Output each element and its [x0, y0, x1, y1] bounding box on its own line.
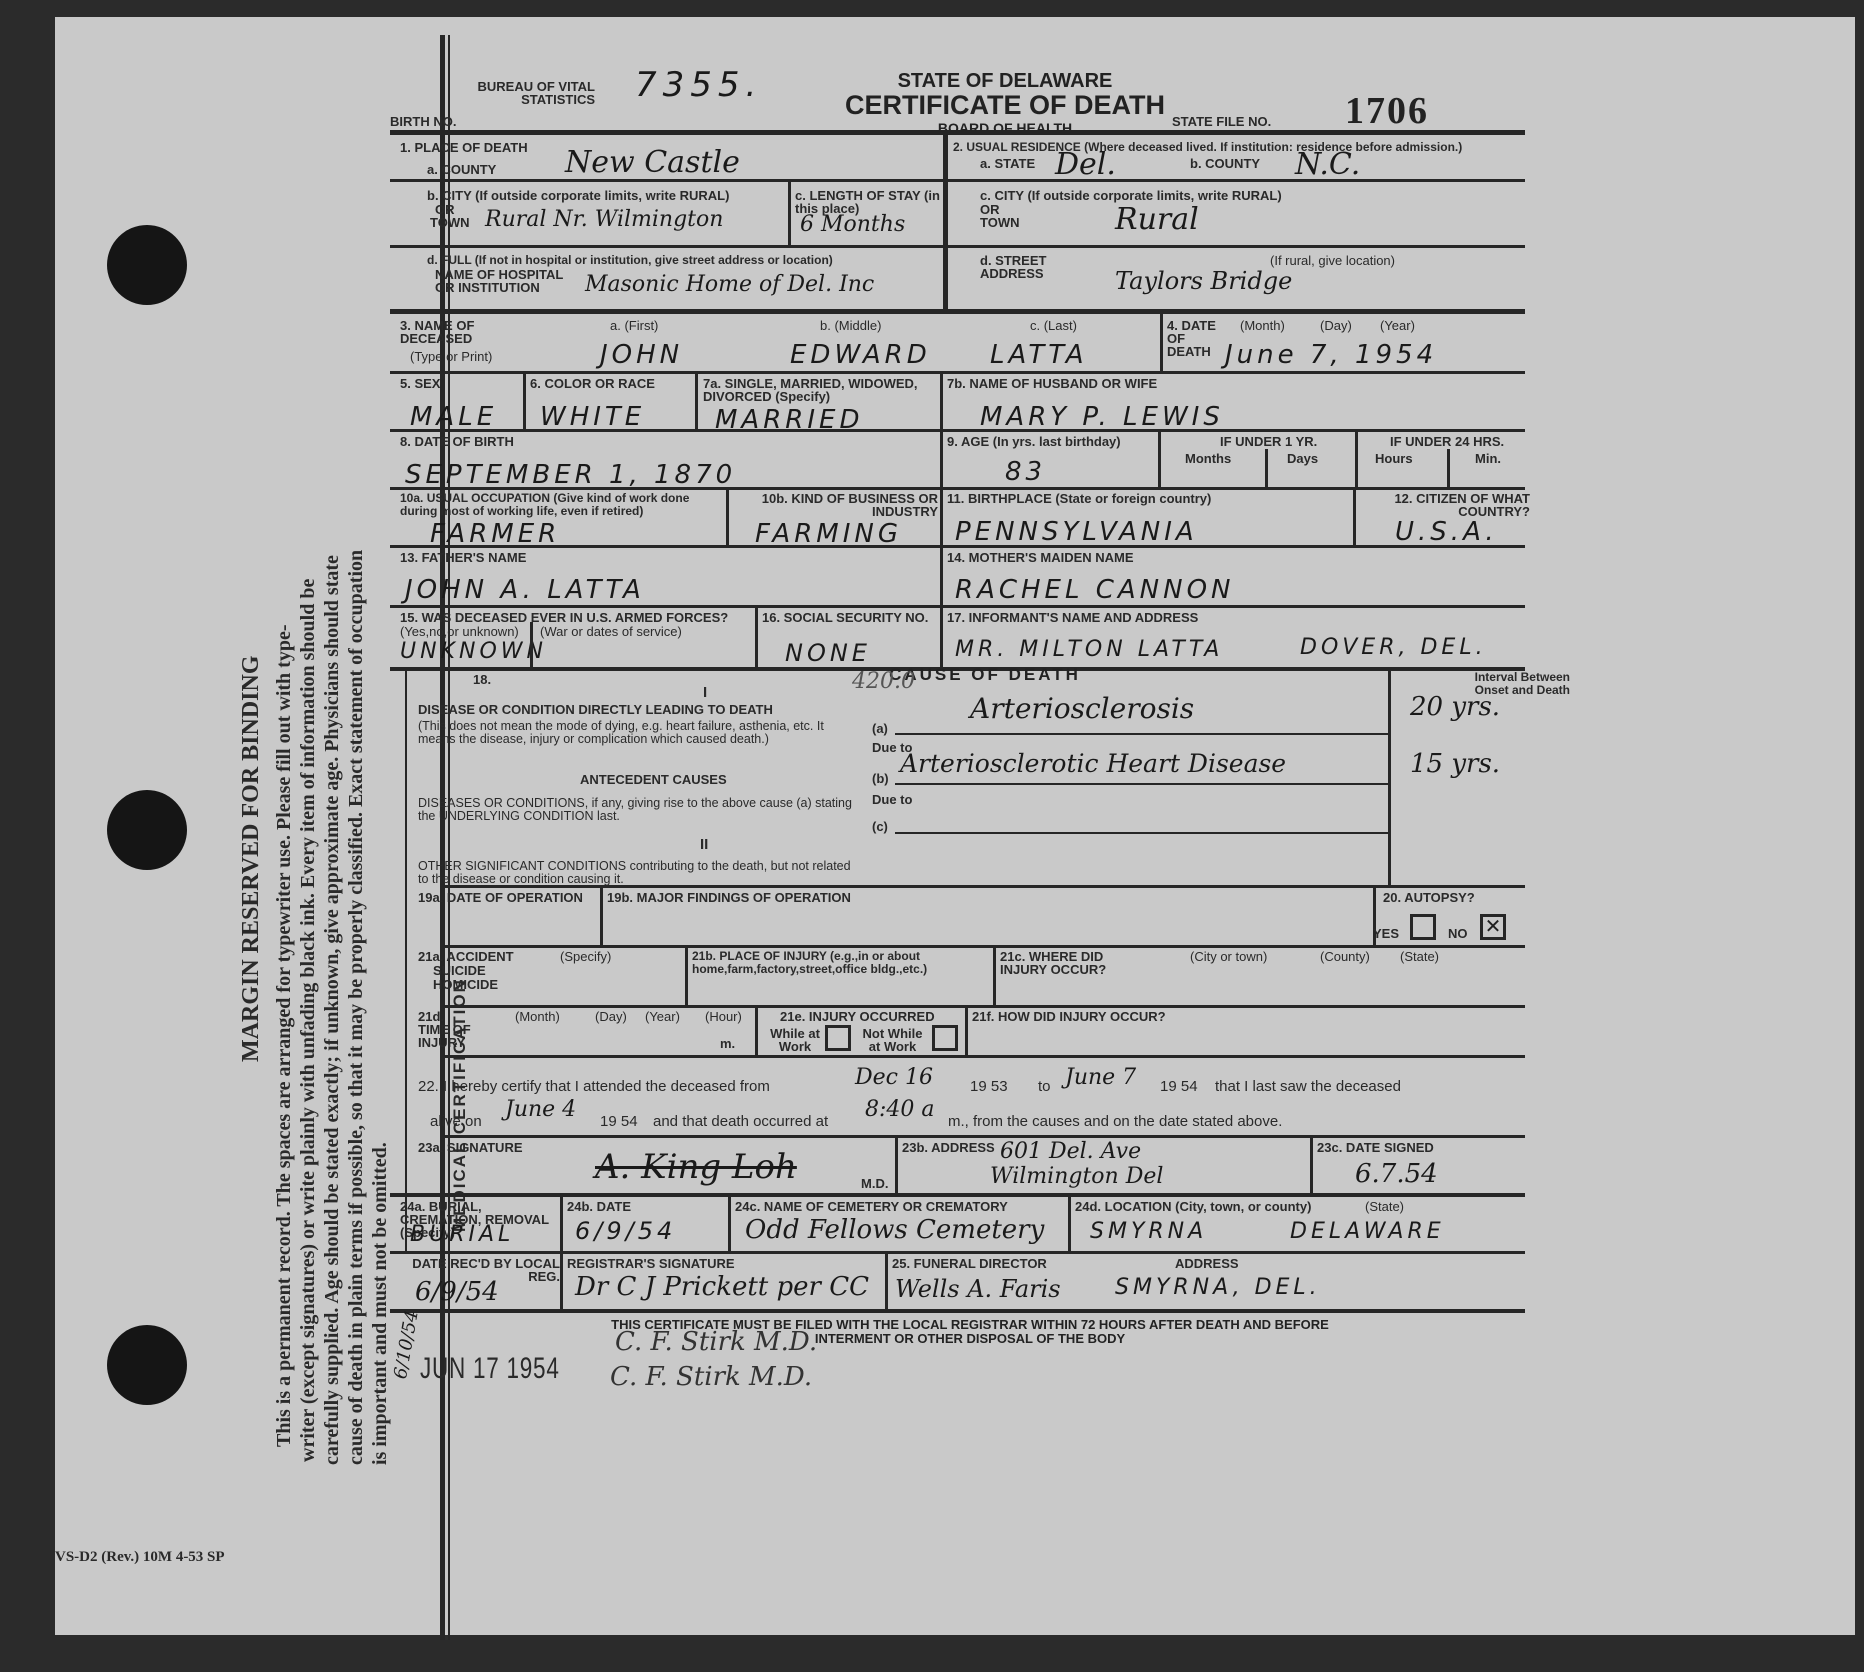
- city-hint: (City or town): [1190, 950, 1267, 963]
- county-label: a. COUNTY: [427, 163, 496, 176]
- dod-day-label: (Day): [1320, 319, 1352, 332]
- last-seen-date: June 4: [505, 1097, 576, 1122]
- name-label: 3. NAME OF DECEASED: [400, 319, 480, 345]
- residence-state-value: Del.: [1055, 147, 1116, 182]
- while-at-work-label: While at Work: [765, 1027, 825, 1053]
- burial-type-value: BURIAL: [410, 1222, 514, 1247]
- burial-state-hint: (State): [1365, 1200, 1404, 1213]
- rule: [390, 1309, 1525, 1313]
- cause-a-interval: 20 yrs.: [1410, 692, 1500, 722]
- cemetery-label: 24c. NAME OF CEMETERY OR CREMATORY: [735, 1200, 1008, 1213]
- rule: [1447, 449, 1450, 487]
- dod-year-label: (Year): [1380, 319, 1415, 332]
- margin-instructions-1: This is a permanent record. The spaces a…: [273, 625, 296, 1448]
- residence-label: 2. USUAL RESIDENCE (Where deceased lived…: [953, 141, 1462, 154]
- cause-code: 420.0: [852, 669, 915, 694]
- dod-value: June 7, 1954: [1225, 340, 1437, 370]
- state-file-number: 1706: [1345, 89, 1429, 133]
- while-at-work-checkbox[interactable]: [825, 1025, 851, 1051]
- rule: [390, 179, 1525, 182]
- bureau-label: BUREAU OF VITAL STATISTICS: [465, 80, 595, 106]
- death-county-value: New Castle: [565, 145, 740, 180]
- burial-location-state: DELAWARE: [1290, 1219, 1445, 1244]
- burial-location-city: SMYRNA: [1090, 1219, 1207, 1244]
- rule: [726, 487, 729, 545]
- attended-from: Dec 16: [855, 1065, 933, 1090]
- rule: [1265, 449, 1268, 487]
- binding-hole-middle: [107, 790, 187, 870]
- spouse-value: MARY P. LEWIS: [980, 402, 1224, 432]
- min-label: Min.: [1475, 452, 1501, 465]
- physician-address-1: 601 Del. Ave: [1000, 1139, 1141, 1164]
- bureau-number: 7355.: [635, 65, 762, 105]
- operation-findings-label: 19b. MAJOR FINDINGS OF OPERATION: [607, 891, 851, 904]
- header-rule: [390, 130, 1525, 135]
- rule: [728, 1193, 731, 1251]
- meridiem-label: m.: [720, 1037, 735, 1050]
- medical-section-rule: [405, 667, 407, 1253]
- binding-hole-top: [107, 225, 187, 305]
- rule: [560, 1251, 563, 1309]
- homicide-label: HOMICIDE: [433, 978, 498, 991]
- rule: [685, 945, 688, 1005]
- operation-date-label: 19a. DATE OF OPERATION: [418, 891, 583, 904]
- ssn-value: NONE: [785, 639, 871, 667]
- date-signed-label: 23c. DATE SIGNED: [1317, 1141, 1434, 1154]
- cause-item-no: 18.: [473, 673, 491, 686]
- state-registrar-signature-1: C. F. Stirk M.D.: [615, 1327, 817, 1357]
- death-city-value: Rural Nr. Wilmington: [485, 207, 723, 232]
- attended-from-year: 19 53: [970, 1080, 1008, 1093]
- registrar-signature-label: REGISTRAR'S SIGNATURE: [567, 1257, 735, 1270]
- hospital-label: d. FULL (If not in hospital or instituti…: [427, 254, 833, 267]
- injury-occurred-label: 21e. INJURY OCCURRED: [780, 1010, 935, 1023]
- autopsy-no-label: NO: [1448, 927, 1468, 940]
- injury-type-label: 21a. ACCIDENT: [418, 950, 514, 963]
- rule: [440, 1005, 1525, 1008]
- rule: [695, 371, 698, 429]
- informant-label: 17. INFORMANT'S NAME AND ADDRESS: [947, 611, 1198, 624]
- rule: [530, 622, 533, 667]
- margin-instructions-4: cause of death in plain terms if possibl…: [345, 550, 368, 1465]
- rule: [440, 1135, 1525, 1138]
- rule: [1160, 313, 1163, 371]
- direct-cause-label: DISEASE OR CONDITION DIRECTLY LEADING TO…: [418, 703, 773, 716]
- town-label: TOWN: [430, 216, 469, 229]
- injury-time-label: 21d. TIME OF INJURY: [418, 1010, 478, 1049]
- death-time: 8:40 a: [865, 1097, 935, 1122]
- burial-date-value: 6/9/54: [575, 1217, 676, 1245]
- direct-cause-hint: (This does not mean the mode of dying, e…: [418, 720, 858, 746]
- cemetery-value: Odd Fellows Cemetery: [745, 1215, 1044, 1245]
- rule: [1068, 1193, 1071, 1251]
- margin-instructions-3: carefully supplied. Age should be stated…: [321, 555, 344, 1465]
- residence-city-value: Rural: [1115, 202, 1199, 237]
- armed-forces-label: 15. WAS DECEASED EVER IN U.S. ARMED FORC…: [400, 611, 728, 624]
- last-name-value: LATTA: [990, 340, 1088, 370]
- first-name-value: JOHN: [600, 340, 683, 370]
- dod-month-label: (Month): [1240, 319, 1285, 332]
- physician-address-2: Wilmington Del: [990, 1164, 1163, 1189]
- under-24hrs-label: IF UNDER 24 HRS.: [1390, 435, 1504, 448]
- informant-value: MR. MILTON LATTA: [955, 637, 1223, 662]
- street-value: Taylors Bridge: [1115, 267, 1292, 295]
- hours-label: Hours: [1375, 452, 1413, 465]
- marital-label: 7a. SINGLE, MARRIED, WIDOWED, DIVORCED (…: [703, 377, 943, 403]
- age-label: 9. AGE (In yrs. last birthday): [947, 435, 1121, 448]
- middle-name-value: EDWARD: [790, 340, 931, 370]
- rule: [523, 371, 526, 429]
- dob-value: SEPTEMBER 1, 1870: [405, 460, 736, 490]
- autopsy-label: 20. AUTOPSY?: [1383, 891, 1475, 904]
- month-hint: (Month): [515, 1010, 560, 1023]
- mother-label: 14. MOTHER'S MAIDEN NAME: [947, 551, 1134, 564]
- hour-hint: (Hour): [705, 1010, 742, 1023]
- burial-date-label: 24b. DATE: [567, 1200, 631, 1213]
- rule: [1353, 487, 1356, 545]
- town-label: TOWN: [980, 216, 1019, 229]
- rule: [390, 245, 1525, 248]
- funeral-director-label: 25. FUNERAL DIRECTOR: [892, 1257, 1047, 1270]
- birthplace-label: 11. BIRTHPLACE (State or foreign country…: [947, 492, 1211, 505]
- rule: [895, 1135, 898, 1193]
- middle-name-label: b. (Middle): [820, 319, 881, 332]
- antecedent-hint: DISEASES OR CONDITIONS, if any, giving r…: [418, 797, 858, 823]
- rule: [440, 945, 1525, 948]
- cause-b-value: Arteriosclerotic Heart Disease: [900, 749, 1286, 778]
- street-label: d. STREET ADDRESS: [980, 254, 1080, 280]
- autopsy-yes-label: YES: [1373, 927, 1399, 940]
- certify-text-2: that I last saw the deceased: [1215, 1080, 1401, 1093]
- place-of-death-label: 1. PLACE OF DEATH: [400, 141, 528, 154]
- rule: [390, 605, 1525, 608]
- certify-text-3: m., from the causes and on the date stat…: [948, 1115, 1282, 1128]
- suicide-label: SUICIDE: [433, 964, 486, 977]
- date-received-value: 6/9/54: [415, 1277, 499, 1307]
- interval-divider: [1388, 667, 1391, 885]
- birth-no-label: BIRTH NO.: [390, 115, 456, 128]
- to-word: to: [1038, 1080, 1051, 1093]
- rule: [390, 309, 1525, 314]
- rule: [600, 885, 603, 945]
- cause-c-line: [895, 832, 1388, 834]
- not-while-at-work-label: Not While at Work: [855, 1027, 930, 1053]
- other-conditions-label: OTHER SIGNIFICANT CONDITIONS contributin…: [418, 860, 858, 886]
- father-value: JOHN A. LATTA: [405, 575, 645, 605]
- certificate-page: MARGIN RESERVED FOR BINDING This is a pe…: [55, 17, 1855, 1635]
- armed-forces-value: UNKNOWN: [400, 639, 547, 664]
- certificate-title: CERTIFICATE OF DEATH: [795, 90, 1215, 121]
- death-occurred-text: and that death occurred at: [653, 1115, 828, 1128]
- cause-c-label: (c): [872, 820, 888, 833]
- sex-value: MALE: [410, 402, 497, 432]
- days-label: Days: [1287, 452, 1318, 465]
- dod-label: 4. DATE OF DEATH: [1167, 319, 1227, 358]
- day-hint: (Day): [595, 1010, 627, 1023]
- due-to-label: Due to: [872, 793, 912, 806]
- rule: [390, 371, 1525, 374]
- cause-a-line: [895, 733, 1388, 735]
- residence-city-label: c. CITY (If outside corporate limits, wr…: [980, 189, 1282, 202]
- name-hint: (Type or Print): [410, 350, 492, 363]
- first-name-label: a. (First): [610, 319, 658, 332]
- state-registrar-signature-2: C. F. Stirk M.D.: [610, 1362, 812, 1392]
- race-value: WHITE: [540, 402, 645, 432]
- funeral-director-value: Wells A. Faris: [895, 1275, 1061, 1303]
- birthplace-value: PENNSYLVANIA: [955, 517, 1198, 547]
- rule: [440, 1055, 1525, 1058]
- cause-b-line: [895, 783, 1388, 785]
- binding-margin-label: MARGIN RESERVED FOR BINDING: [238, 655, 265, 1062]
- rule: [788, 179, 791, 245]
- informant-address: DOVER, DEL.: [1300, 635, 1487, 660]
- ssn-label: 16. SOCIAL SECURITY NO.: [762, 611, 932, 624]
- cause-a-label: (a): [872, 722, 888, 735]
- part-two-marker: II: [700, 837, 708, 852]
- specify-hint: (Specify): [560, 950, 611, 963]
- age-value: 83: [1005, 457, 1046, 487]
- rule: [965, 1005, 968, 1055]
- part-one-marker: I: [703, 685, 707, 700]
- armed-hint-1: (Yes,no,or unknown): [400, 625, 519, 638]
- injury-where-label: 21c. WHERE DID INJURY OCCUR?: [1000, 950, 1110, 976]
- attended-to-year: 19 54: [1160, 1080, 1198, 1093]
- year-hint: (Year): [645, 1010, 680, 1023]
- md-label: M.D.: [861, 1177, 888, 1190]
- binding-hole-bottom: [107, 1325, 187, 1405]
- signature-label: 23a. SIGNATURE: [418, 1141, 523, 1154]
- hospital-label-2: NAME OF HOSPITAL OR INSTITUTION: [435, 268, 575, 294]
- street-hint: (If rural, give location): [1270, 254, 1395, 267]
- under-1yr-label: IF UNDER 1 YR.: [1220, 435, 1317, 448]
- not-while-at-work-checkbox[interactable]: [932, 1025, 958, 1051]
- rule: [885, 1251, 888, 1309]
- armed-hint-2: (War or dates of service): [540, 625, 682, 638]
- last-seen-year: 19 54: [600, 1115, 638, 1128]
- rule: [1310, 1135, 1313, 1193]
- cause-b-label: (b): [872, 772, 889, 785]
- physician-address-label: 23b. ADDRESS: [902, 1141, 995, 1154]
- margin-instructions-2: writer (except signatures) or write plai…: [297, 579, 320, 1462]
- certify-text-1: 22. I hereby certify that I attended the…: [418, 1080, 770, 1093]
- burial-location-label: 24d. LOCATION (City, town, or county): [1075, 1200, 1311, 1213]
- dob-label: 8. DATE OF BIRTH: [400, 435, 514, 448]
- alive-on-label: alive on: [430, 1115, 482, 1128]
- cause-a-value: Arteriosclerosis: [970, 692, 1194, 725]
- citizen-value: U.S.A.: [1395, 517, 1498, 547]
- residence-state-label: a. STATE: [980, 157, 1035, 170]
- rule: [560, 1193, 563, 1251]
- margin-instructions-5: is important and must not be omitted.: [369, 1142, 392, 1465]
- injury-how-label: 21f. HOW DID INJURY OCCUR?: [972, 1010, 1166, 1023]
- funeral-address-label: ADDRESS: [1175, 1257, 1239, 1270]
- rule: [993, 945, 996, 1005]
- last-name-label: c. (Last): [1030, 319, 1077, 332]
- rule: [940, 605, 943, 667]
- injury-place-label: 21b. PLACE OF INJURY (e.g.,in or about h…: [692, 950, 992, 976]
- spouse-label: 7b. NAME OF HUSBAND OR WIFE: [947, 377, 1157, 390]
- received-stamp: JUN 17 1954: [420, 1352, 560, 1386]
- death-city-label: b. CITY (If outside corporate limits, wr…: [427, 189, 729, 202]
- antecedent-label: ANTECEDENT CAUSES: [580, 773, 727, 786]
- months-label: Months: [1185, 452, 1231, 465]
- autopsy-no-checkbox[interactable]: ✕: [1480, 914, 1506, 940]
- father-label: 13. FATHER'S NAME: [400, 551, 526, 564]
- section-divider: [943, 135, 948, 313]
- occupation-label: 10a. USUAL OCCUPATION (Give kind of work…: [400, 492, 730, 518]
- rule: [390, 545, 1525, 548]
- sex-label: 5. SEX: [400, 377, 440, 390]
- handwritten-date: 6/10/54: [390, 1309, 423, 1381]
- rule: [755, 605, 758, 667]
- registrar-signature: Dr C J Prickett per CC: [575, 1272, 869, 1302]
- attended-to: June 7: [1065, 1065, 1136, 1090]
- rule: [755, 1005, 758, 1055]
- citizen-label: 12. CITIZEN OF WHAT COUNTRY?: [1360, 492, 1530, 518]
- date-signed-value: 6.7.54: [1355, 1159, 1438, 1189]
- state-hint: (State): [1400, 950, 1439, 963]
- cause-b-interval: 15 yrs.: [1410, 749, 1500, 779]
- county-hint: (County): [1320, 950, 1370, 963]
- residence-county-value: N.C.: [1295, 147, 1360, 182]
- rule: [1158, 429, 1161, 487]
- hospital-value: Masonic Home of Del. Inc: [585, 272, 874, 297]
- form-code: VS-D2 (Rev.) 10M 4-53 SP: [55, 1550, 225, 1565]
- funeral-address-value: SMYRNA, DEL.: [1115, 1275, 1321, 1300]
- stay-value: 6 Months: [800, 212, 905, 237]
- mother-value: RACHEL CANNON: [955, 575, 1235, 605]
- rule: [1355, 429, 1358, 487]
- state-file-label: STATE FILE NO.: [1172, 115, 1271, 128]
- business-label: 10b. KIND OF BUSINESS OR INDUSTRY: [733, 492, 938, 518]
- residence-county-label: b. COUNTY: [1190, 157, 1260, 170]
- physician-signature: A. King Loh: [595, 1147, 797, 1187]
- race-label: 6. COLOR OR RACE: [530, 377, 655, 390]
- autopsy-yes-checkbox[interactable]: [1410, 914, 1436, 940]
